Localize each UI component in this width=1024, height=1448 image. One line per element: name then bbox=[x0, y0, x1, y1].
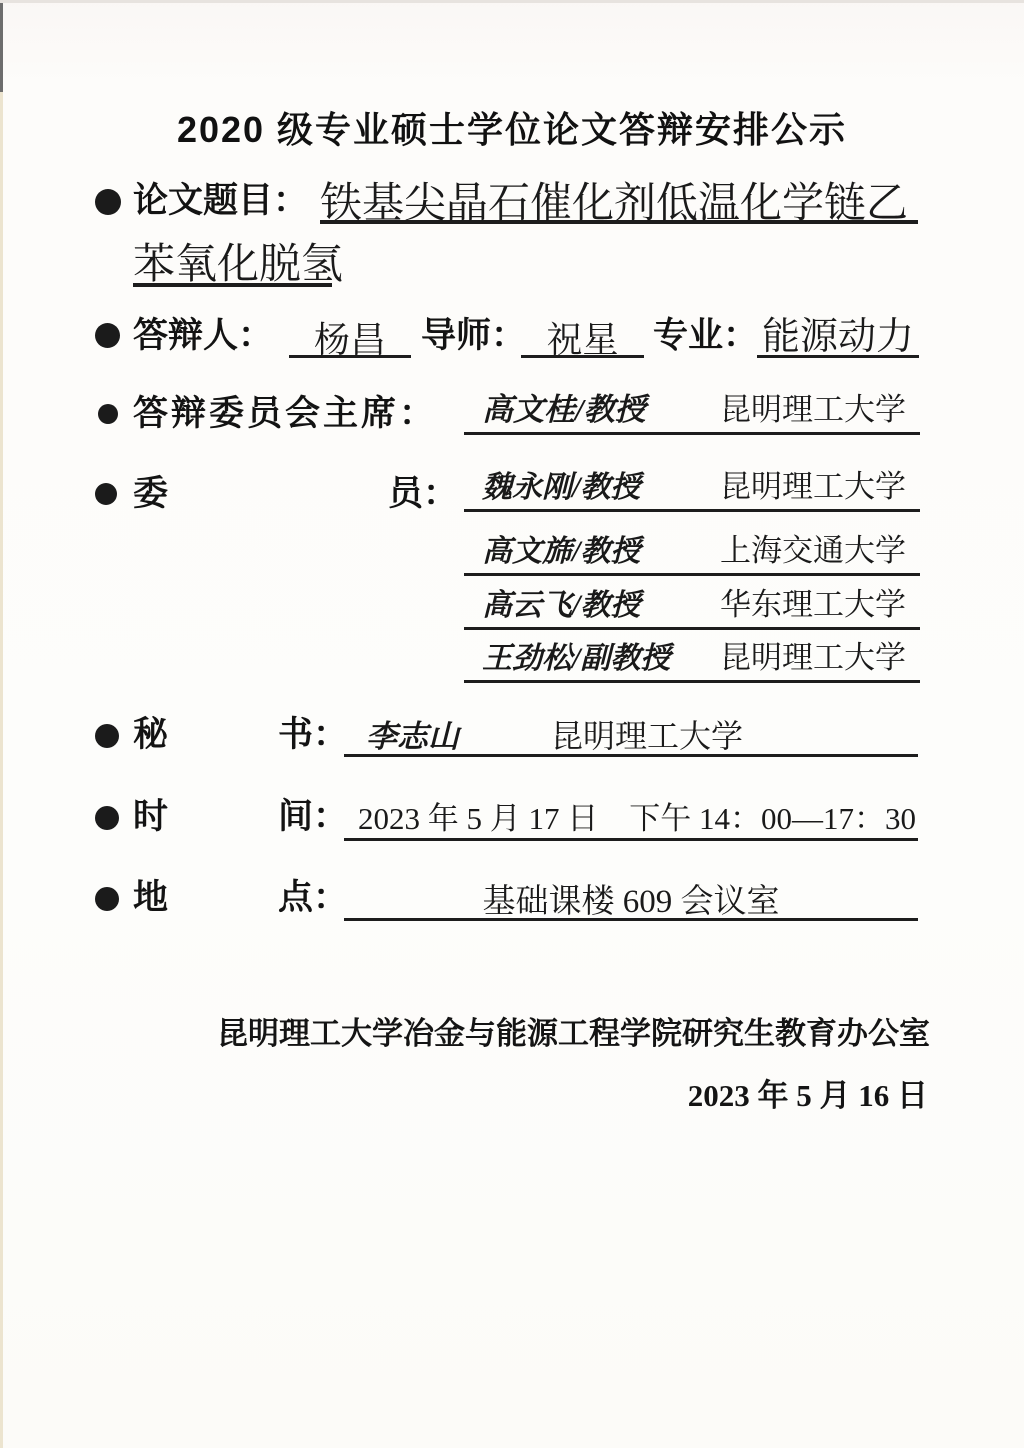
time-label-right: 间： bbox=[278, 798, 348, 837]
committee-label-left: 委 bbox=[133, 475, 168, 514]
secretary-affiliation: 昆明理工大学 bbox=[551, 718, 743, 754]
chair-affiliation: 昆明理工大学 bbox=[720, 384, 906, 429]
defender-name: 杨昌 bbox=[289, 312, 411, 358]
chair-label: 答辩委员会主席： bbox=[133, 395, 437, 434]
footer-office: 昆明理工大学冶金与能源工程学院研究生教育办公室 bbox=[0, 1008, 930, 1053]
bullet-icon bbox=[98, 404, 118, 424]
member-name: 高文旆/教授 bbox=[482, 526, 640, 570]
bullet-icon bbox=[95, 887, 119, 911]
member-affiliation: 昆明理工大学 bbox=[720, 632, 906, 677]
secretary-label-right: 书： bbox=[278, 716, 348, 755]
member-affiliation: 上海交通大学 bbox=[720, 525, 906, 570]
venue-label-left: 地 bbox=[133, 879, 168, 918]
scan-edge-artifact bbox=[0, 0, 3, 1448]
committee-label-right: 员： bbox=[388, 475, 458, 514]
member-name: 王劲松/副教授 bbox=[482, 633, 670, 677]
thesis-title-label: 论文题目： bbox=[133, 182, 308, 221]
committee-member-row: 王劲松/副教授 昆明理工大学 bbox=[464, 639, 920, 683]
venue-value: 基础课楼 609 会议室 bbox=[344, 875, 918, 921]
time-label-left: 时 bbox=[133, 798, 168, 837]
chair-name: 高文桂/教授 bbox=[482, 384, 646, 429]
scan-edge-artifact bbox=[0, 0, 3, 92]
scanned-document-page: 2020 级专业硕士学位论文答辩安排公示 论文题目： 铁基尖晶石催化剂低温化学链… bbox=[0, 0, 1024, 1448]
defender-label: 答辩人： bbox=[133, 317, 273, 356]
time-value: 2023 年 5 月 17 日 下午 14：00—17：30 bbox=[344, 793, 918, 841]
member-name: 高云飞/教授 bbox=[482, 580, 640, 624]
footer-date: 2023 年 5 月 16 日 bbox=[0, 1070, 928, 1115]
notice-title: 2020 级专业硕士学位论文答辩安排公示 bbox=[0, 102, 1024, 153]
committee-member-row: 魏永刚/教授 昆明理工大学 bbox=[464, 468, 920, 512]
bullet-icon bbox=[95, 189, 121, 215]
scan-edge-artifact bbox=[0, 0, 1024, 3]
thesis-title-line1: 铁基尖晶石催化剂低温化学链乙 bbox=[320, 170, 918, 224]
venue-label-right: 点： bbox=[278, 879, 348, 918]
committee-member-row: 高云飞/教授 华东理工大学 bbox=[464, 586, 920, 630]
secretary-row: 李志山 昆明理工大学 bbox=[344, 711, 918, 757]
member-affiliation: 华东理工大学 bbox=[720, 579, 906, 624]
member-name: 魏永刚/教授 bbox=[482, 462, 640, 506]
major-label: 专业： bbox=[653, 317, 758, 356]
bullet-icon bbox=[95, 724, 119, 748]
thesis-title-line2: 苯氧化脱氢 bbox=[133, 231, 332, 287]
major-name: 能源动力 bbox=[757, 305, 919, 358]
member-affiliation: 昆明理工大学 bbox=[720, 461, 906, 506]
secretary-name: 李志山 bbox=[366, 719, 459, 754]
chair-row: 高文桂/教授 昆明理工大学 bbox=[464, 390, 920, 435]
bullet-icon bbox=[95, 806, 119, 830]
advisor-label: 导师： bbox=[421, 317, 526, 356]
bullet-icon bbox=[95, 323, 120, 348]
advisor-name: 祝星 bbox=[521, 312, 644, 358]
committee-member-row: 高文旆/教授 上海交通大学 bbox=[464, 532, 920, 576]
secretary-label-left: 秘 bbox=[133, 716, 168, 755]
bullet-icon bbox=[95, 483, 117, 505]
